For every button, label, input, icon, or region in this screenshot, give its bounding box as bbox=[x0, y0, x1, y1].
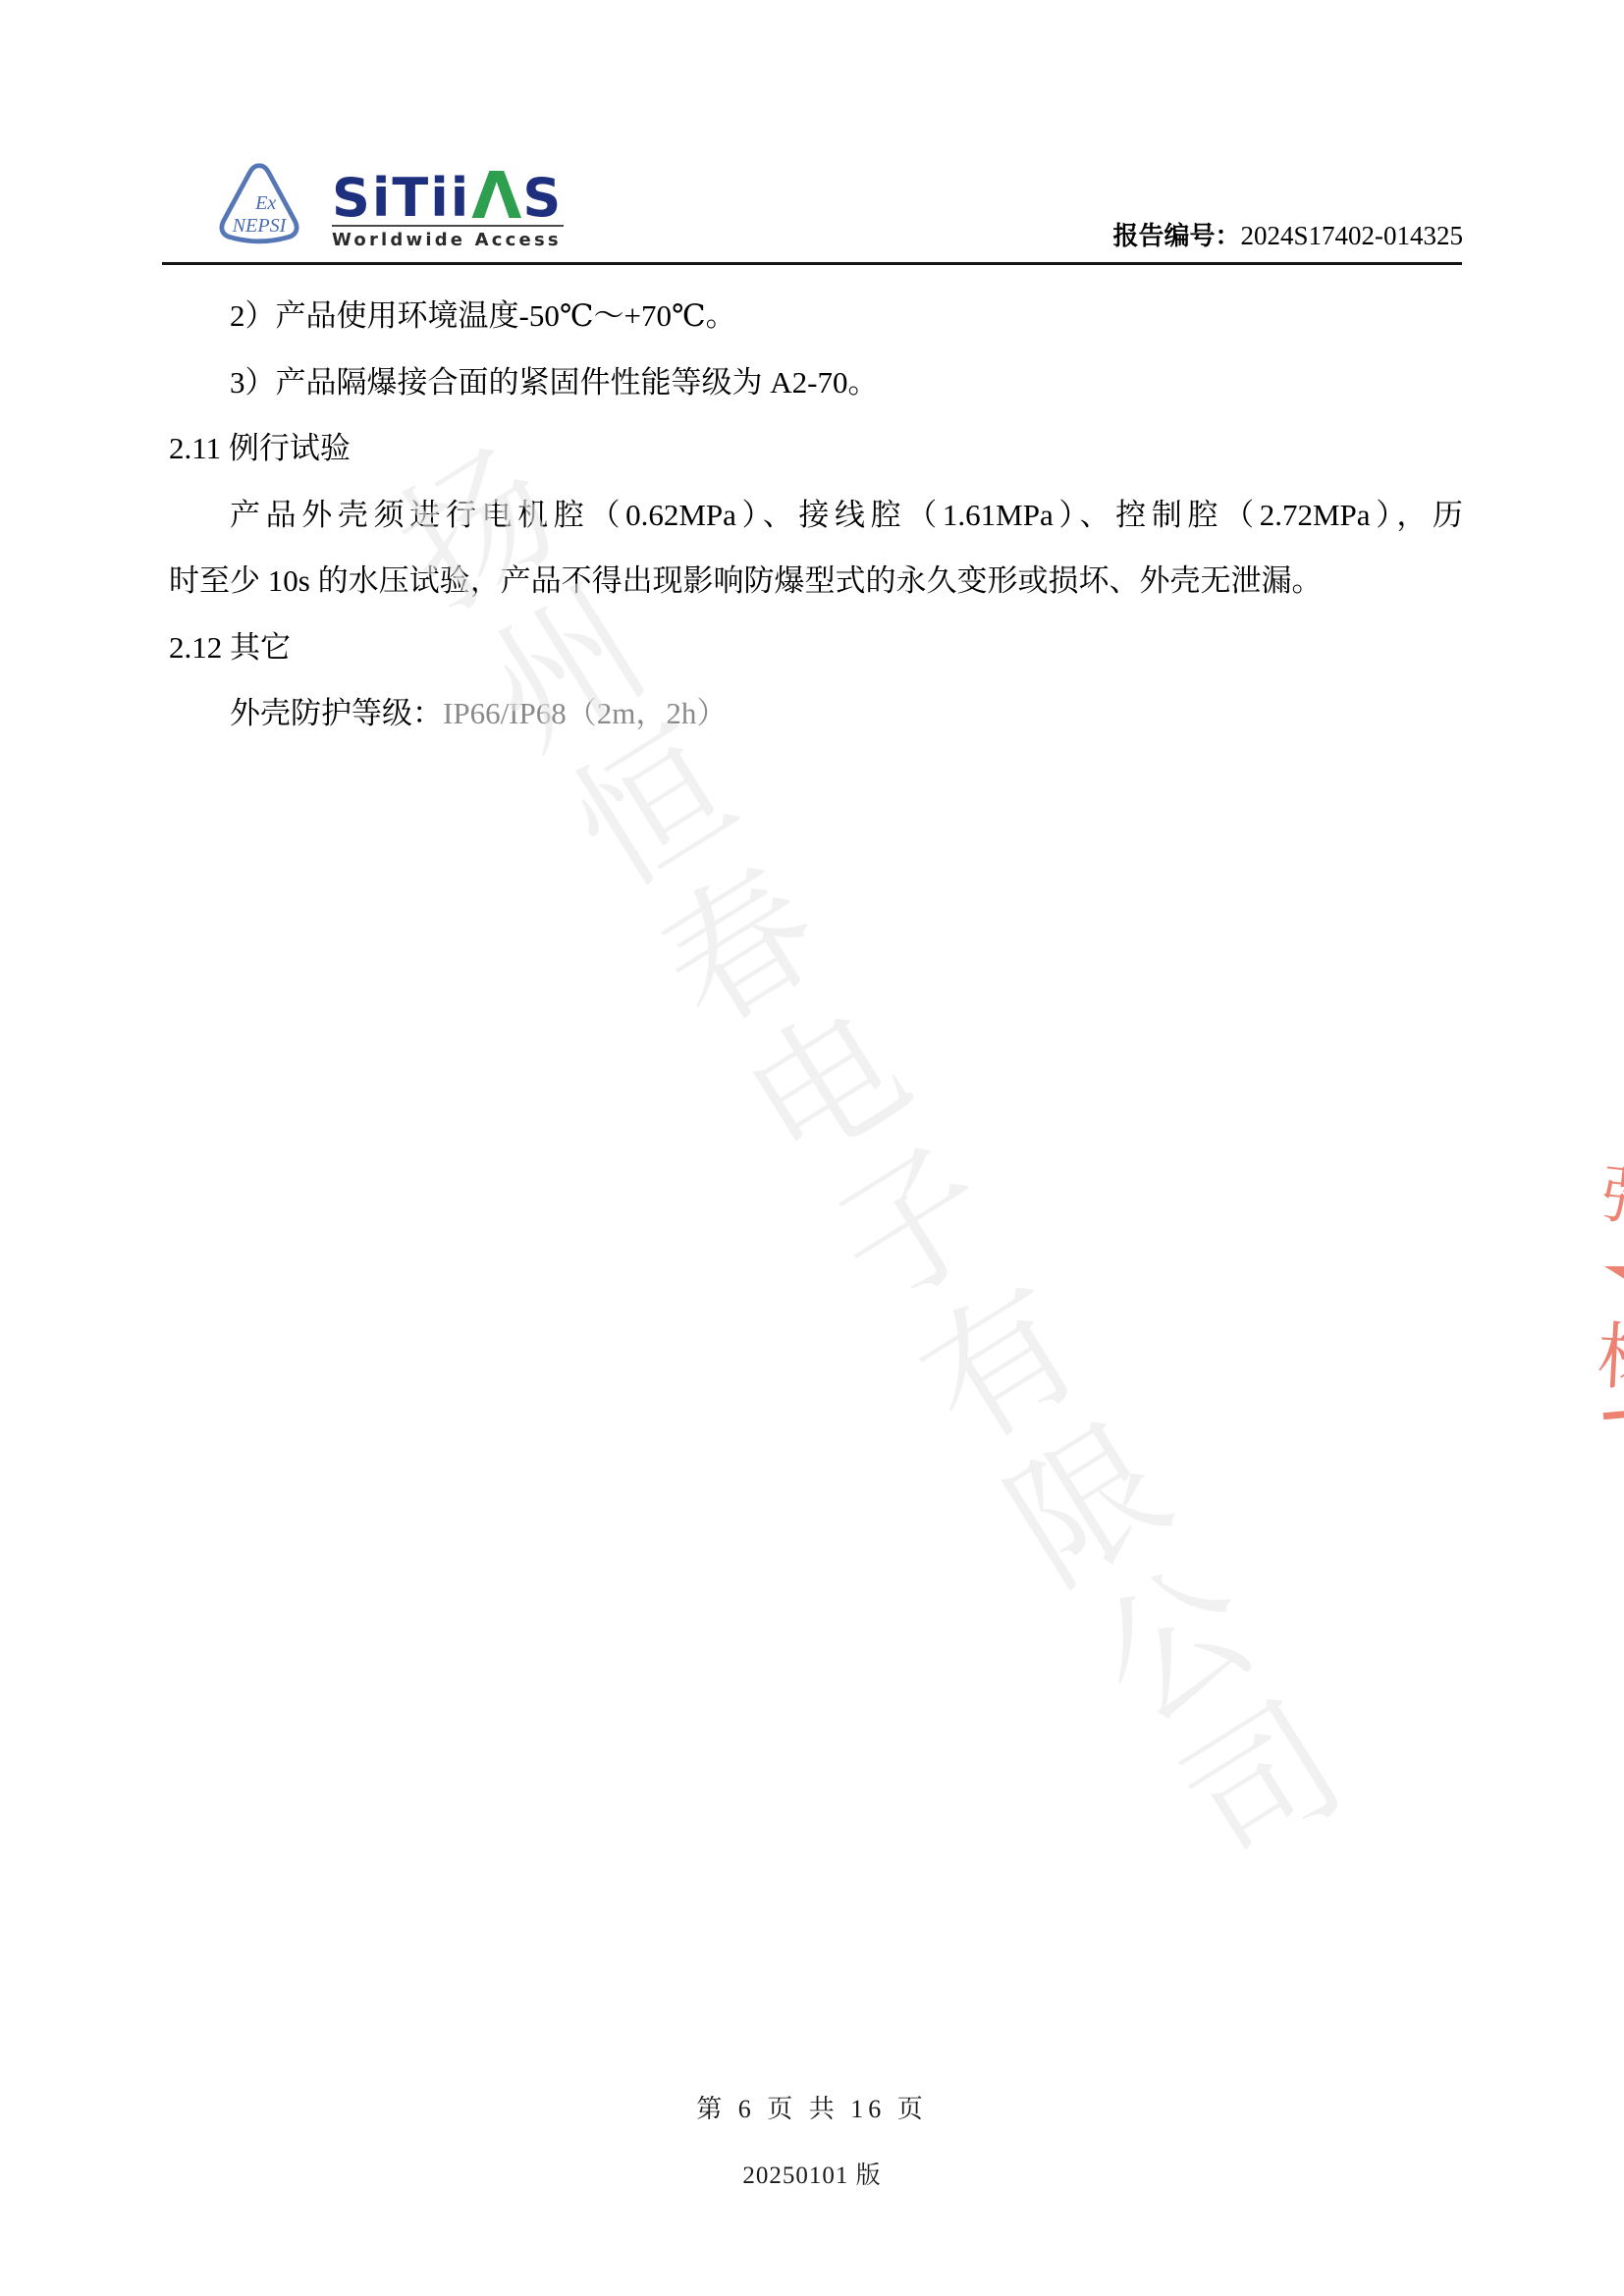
wordmark-tagline: Worldwide Access bbox=[332, 230, 564, 250]
document-body: 2）产品使用环境温度-50℃～+70℃。 3）产品隔爆接合面的紧固件性能等级为 … bbox=[169, 283, 1463, 747]
red-stamp-dash-mark bbox=[1603, 1411, 1624, 1419]
wordmark-sitii: SiTii bbox=[332, 172, 470, 225]
footer-version: 20250101 版 bbox=[0, 2156, 1624, 2191]
section-heading-2-12: 2.12 其它 bbox=[169, 614, 1463, 681]
badge-text-ex: Ex bbox=[254, 192, 276, 214]
report-page: Ex NEPSI SiTii Λ S Worldwide Access 报告编号… bbox=[0, 0, 1624, 2296]
list-item-3: 3）产品隔爆接合面的紧固件性能等级为 A2-70。 bbox=[169, 349, 1463, 416]
ex-nepsi-badge-icon: Ex NEPSI bbox=[212, 160, 306, 250]
report-number-value: 2024S17402-014325 bbox=[1240, 221, 1463, 250]
wordmark-letter-a: Λ bbox=[471, 164, 521, 229]
paragraph-2-11-line1: 产品外壳须进行电机腔（0.62MPa）、接线腔（1.61MPa）、控制腔（2.7… bbox=[169, 482, 1463, 549]
badge-text-nepsi: NEPSI bbox=[232, 215, 288, 237]
wordmark: SiTii Λ S bbox=[332, 162, 564, 219]
red-stamp-fragment-1: 张 bbox=[1597, 1163, 1624, 1232]
wordmark-letter-s: S bbox=[522, 172, 563, 225]
footer-page-number: 第 6 页 共 16 页 bbox=[0, 2089, 1624, 2125]
report-number-label: 报告编号： bbox=[1112, 221, 1240, 250]
red-stamp-fragment-2: 杨 bbox=[1596, 1321, 1624, 1398]
ip-rating-value: IP66/IP68（2m，2h） bbox=[443, 696, 727, 730]
header-logo: Ex NEPSI SiTii Λ S Worldwide Access bbox=[212, 160, 564, 250]
wordmark-block: SiTii Λ S Worldwide Access bbox=[332, 160, 564, 250]
report-id-line: 报告编号：2024S17402-014325 bbox=[884, 216, 1463, 252]
header-divider bbox=[162, 262, 1462, 265]
list-item-2: 2）产品使用环境温度-50℃～+70℃。 bbox=[169, 283, 1463, 349]
section-heading-2-11: 2.11 例行试验 bbox=[169, 415, 1463, 482]
red-stamp-wedge-mark bbox=[1604, 1266, 1624, 1281]
ip-rating-label: 外壳防护等级： bbox=[230, 696, 443, 730]
ip-rating-line: 外壳防护等级：IP66/IP68（2m，2h） bbox=[169, 680, 1463, 747]
paragraph-2-11-line2: 时至少 10s 的水压试验，产品不得出现影响防爆型式的永久变形或损坏、外壳无泄漏… bbox=[169, 548, 1463, 614]
